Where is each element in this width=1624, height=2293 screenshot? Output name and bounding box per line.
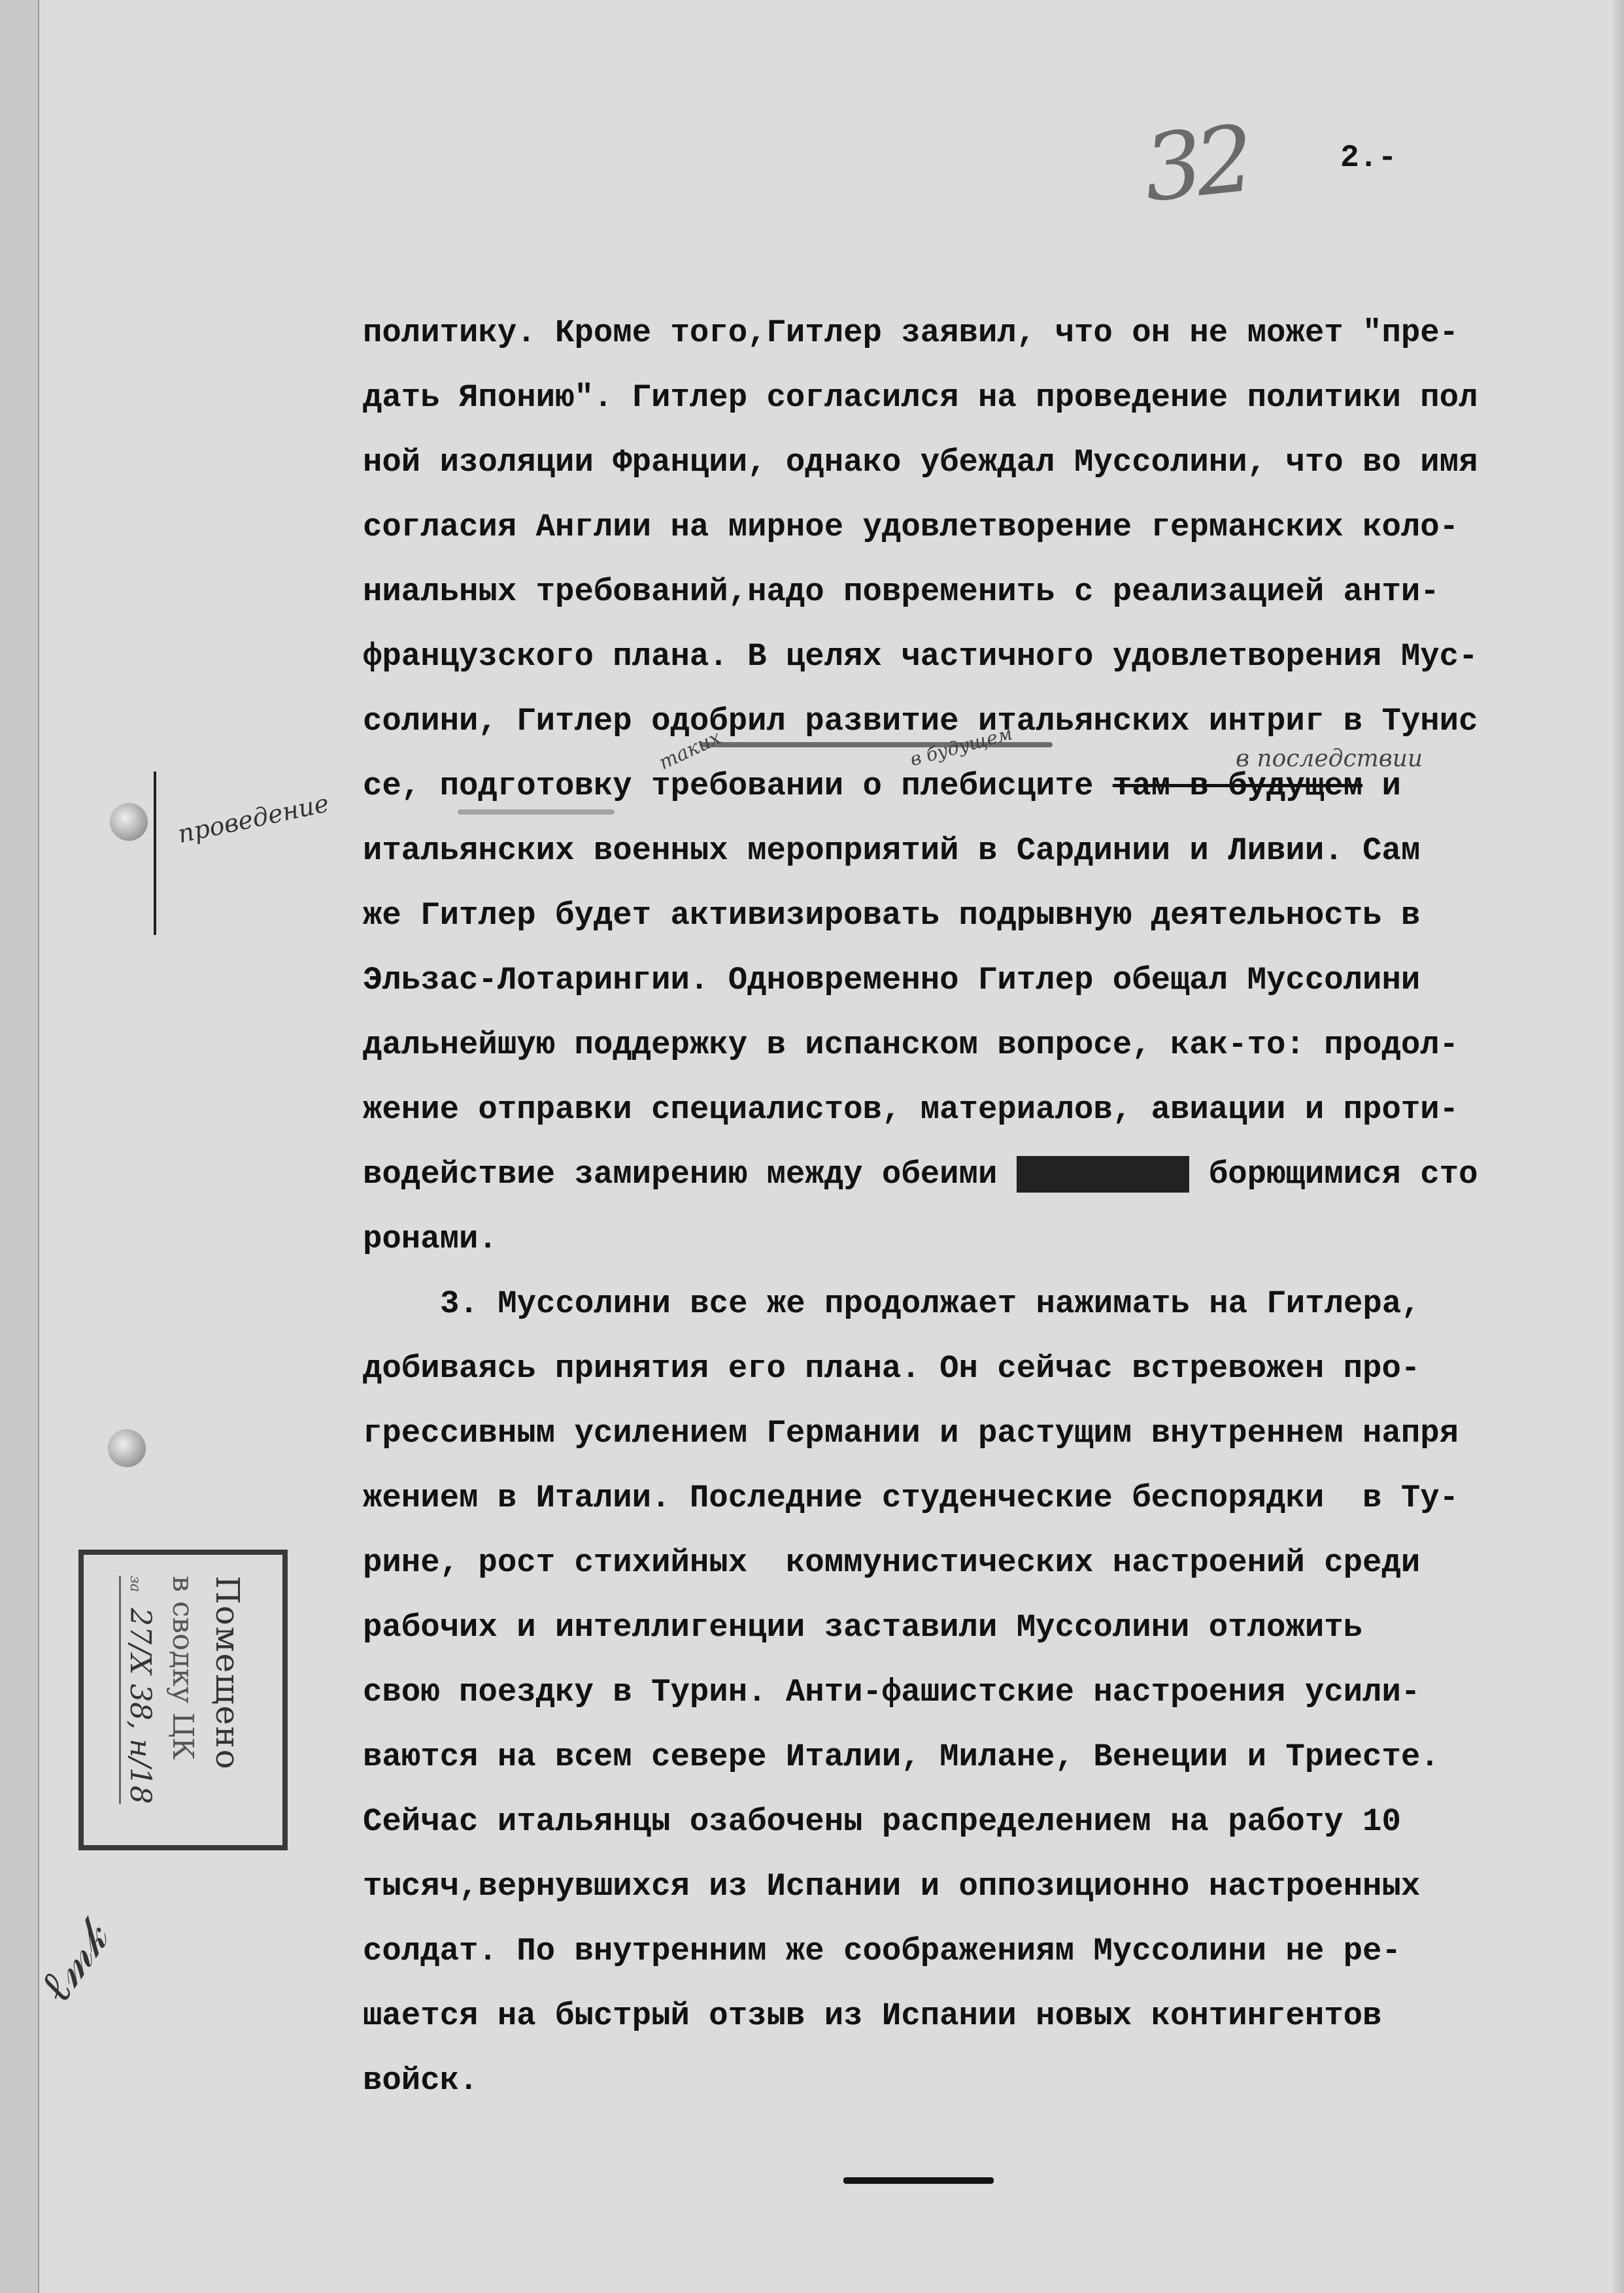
text-line: добиваясь принятия его плана. Он сейчас …	[363, 1336, 1624, 1401]
text-segment: се, подготовку требовании о плебисците	[363, 768, 1113, 804]
stamp-date-line: за 27/X 38, н/18	[120, 1576, 158, 1804]
text-line: солини, Гитлер одобрил развитие итальянс…	[363, 689, 1624, 754]
text-segment: и	[1362, 768, 1401, 804]
text-segment: борющимися сто	[1189, 1156, 1478, 1193]
struck-text: там в будущем	[1113, 768, 1362, 804]
archive-folio-number: 32	[1139, 106, 1253, 223]
text-line: жением в Италии. Последние студенческие …	[363, 1466, 1624, 1531]
text-line: ниальных требований,надо повременить с р…	[363, 560, 1624, 624]
stamp-prefix: за	[127, 1576, 144, 1592]
stamp-line-pomescheno: Помещено	[209, 1576, 247, 1771]
text-line: водействие замирению между обеими сторон…	[363, 1142, 1624, 1207]
text-line: 3. Муссолини все же продолжает нажимать …	[363, 1272, 1624, 1336]
text-line: согласия Англии на мирное удовлетворение…	[363, 495, 1624, 560]
text-line: войск.	[363, 2048, 1624, 2113]
page-number: 2.-	[1340, 141, 1396, 176]
registry-stamp: Помещено в сводку ЦК за 27/X 38, н/18	[78, 1550, 288, 1850]
text-line: грессивным усилением Германии и растущим…	[363, 1401, 1624, 1466]
text-line: шается на быстрый отзыв из Испании новых…	[363, 1984, 1624, 2048]
text-line: се, подготовку требовании о плебисците т…	[363, 754, 1624, 819]
text-line: итальянских военных мероприятий в Сардин…	[363, 819, 1624, 883]
punch-hole-lower	[108, 1429, 146, 1467]
text-line: свою поездку в Турин. Анти-фашистские на…	[363, 1660, 1624, 1725]
stamp-line-svodku: в сводку ЦК	[167, 1576, 200, 1760]
text-line: ваются на всем севере Италии, Милане, Ве…	[363, 1725, 1624, 1790]
text-line: французского плана. В целях частичного у…	[363, 624, 1624, 689]
text-line: дать Японию". Гитлер согласился на прове…	[363, 365, 1624, 430]
text-segment: водействие замирению между обеими	[363, 1156, 1017, 1193]
text-line: ронами.	[363, 1207, 1624, 1272]
scanner-backing	[0, 0, 39, 2293]
text-line: рабочих и интеллигенции заставили Муссол…	[363, 1595, 1624, 1660]
punch-hole-upper	[110, 803, 148, 841]
text-line: Эльзас-Лотарингии. Одновременно Гитлер о…	[363, 948, 1624, 1013]
margin-bracket-line	[154, 772, 156, 935]
typed-body-text: политику. Кроме того,Гитлер заявил, что …	[363, 301, 1624, 2113]
stamp-handwritten-date: 27/X 38, н/18	[124, 1608, 158, 1804]
text-line: солдат. По внутренним же соображениям Му…	[363, 1919, 1624, 1984]
text-line: политику. Кроме того,Гитлер заявил, что …	[363, 301, 1624, 365]
text-line: жение отправки специалистов, материалов,…	[363, 1078, 1624, 1142]
struck-text: сторонами	[1017, 1156, 1190, 1193]
text-line: дальнейшую поддержку в испанском вопросе…	[363, 1013, 1624, 1078]
text-line: Сейчас итальянцы озабочены распределение…	[363, 1790, 1624, 1854]
text-line: рине, рост стихийных коммунистических на…	[363, 1531, 1624, 1595]
text-line: ной изоляции Франции, однако убеждал Мус…	[363, 430, 1624, 495]
text-line: тысяч,вернувшихся из Испании и оппозицио…	[363, 1854, 1624, 1919]
end-of-text-rule	[843, 2177, 994, 2184]
text-line: же Гитлер будет активизировать подрывную…	[363, 883, 1624, 948]
